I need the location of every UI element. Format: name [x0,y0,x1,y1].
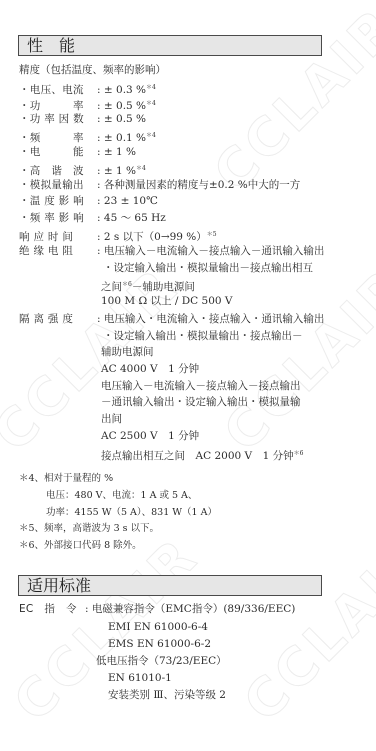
footnote-ref: ＊5 [207,231,217,238]
watermark: CCLAIR [213,256,376,463]
item-label: ・高 谐 波 [19,165,97,178]
accuracy-item-analog-output: ・模拟量输出: 各种测量因素的精度与±0.2 %中大的一方 [19,179,300,192]
item-label: ・模拟量输出 [19,179,97,192]
insulation-line: 100 M Ω 以上 / DC 500 V [101,295,232,308]
dielectric-strength-label: 隔 离 强 度 [19,313,97,326]
standard-line: 安装类别 Ⅲ、污染等级 2 [108,689,226,702]
accuracy-item-energy: ・电 能: ± 1 % [19,146,136,159]
footnote-4: ＊4、相对于量程的 % [19,472,113,485]
accuracy-heading: 精度（包括温度、频率的影响） [19,64,166,77]
accuracy-item-harmonics: ・高 谐 波: ± 1 %＊4 [19,162,146,178]
dielectric-line: 接点输出相互之间 AC 2000 V 1 分钟＊6 [101,447,303,463]
footnote-text: 频率，高谐波为 3 s 以下。 [44,523,159,534]
standard-line: 低电压指令（73/23/EEC） [96,655,227,668]
section-header-standards: 适用标准 [18,575,322,596]
footnote-ref: ＊6 [294,450,304,457]
footnote-mark: ＊6、 [19,540,44,551]
watermark: CCLAIR [203,0,376,204]
item-value: 45 ～ 65 Hz [104,212,166,224]
dielectric-line: 电压输入－电流输入－接点输入－接点输出 [101,380,301,393]
footnote-mark: ＊4、 [19,473,44,484]
dielectric-strength-label-row: 隔 离 强 度: 电压输入・电流输入・接点输入・通讯输入输出 [19,313,324,326]
dielectric-line: －通讯输入输出・设定输入输出・模拟量输 [101,396,301,409]
dielectric-line: AC 2500 V 1 分钟 [101,430,199,443]
footnote-ref: ＊6 [122,281,132,288]
item-value: ± 0.1 % [104,132,146,144]
accuracy-item-frequency: ・频 率: ± 0.1 %＊4 [19,129,156,145]
footnote-text: 外部接口代码 8 除外。 [44,540,142,551]
dielectric-line: 电压输入・电流输入・接点输入・通讯输入输出 [104,313,325,325]
footnote-ref: ＊4 [136,165,146,172]
watermark: CCLAIR [233,526,376,733]
insulation-line: 电压输入－电流输入－接点输入－通讯输入输出 [104,245,325,257]
insulation-resistance-label: 绝 缘 电 阻 [19,245,97,258]
dielectric-text: 接点输出相互之间 AC 2000 V 1 分钟 [101,450,294,462]
item-value: ± 0.3 % [104,84,146,96]
standard-line: EMS EN 61000-6-2 [108,638,211,651]
accuracy-item-frequency-influence: ・频 率 影 响: 45 ～ 65 Hz [19,212,166,225]
ec-directive-row: EC 指 令: 电磁兼容指令（EMC指令）(89/336/EEC) [19,603,295,616]
footnote-6: ＊6、外部接口代码 8 除外。 [19,539,142,552]
standard-line: 电磁兼容指令（EMC指令）(89/336/EEC) [92,603,295,615]
item-value: ± 1 % [104,146,136,158]
footnote-ref: ＊4 [146,132,156,139]
standard-line: EN 61010-1 [108,672,172,685]
footnote-4-detail: 功率：4155 W（5 A）、831 W（1 A） [46,506,217,519]
insulation-line: 之间＊6－辅助电源间 [101,278,195,294]
dielectric-line: 辅助电源间 [101,346,154,359]
footnote-mark: ＊5、 [19,523,44,534]
accuracy-item-temperature: ・温 度 影 响: 23 ± 10℃ [19,195,158,208]
response-time-label: 响 应 时 间 [19,231,97,244]
dielectric-line: ・设定输入输出・模拟量输出・接点输出－ [103,330,303,343]
accuracy-item-power: ・功 率: ± 0.5 %＊4 [19,97,156,113]
item-value: ± 0.5 % [104,113,146,125]
insulation-line: ・设定输入输出・模拟量输出－接点输出相互 [103,262,313,275]
insulation-text: 之间 [101,281,122,293]
item-value: 23 ± 10℃ [104,195,158,207]
standard-line: EMI EN 61000-6-4 [108,621,208,634]
item-label: ・温 度 影 响 [19,195,97,208]
accuracy-item-voltage-current: ・电压、电流: ± 0.3 %＊4 [19,81,156,97]
item-label: ・功 率 [19,100,97,113]
accuracy-item-power-factor: ・功 率 因 数: ± 0.5 % [19,113,146,126]
item-value: ± 1 % [104,165,136,177]
dielectric-line: AC 4000 V 1 分钟 [101,363,199,376]
footnote-text: 相对于量程的 % [44,473,113,484]
dielectric-line: 出间 [101,413,122,426]
insulation-resistance-label-row: 绝 缘 电 阻: 电压输入－电流输入－接点输入－通讯输入输出 [19,245,324,258]
item-label: ・电 能 [19,146,97,159]
response-time-row: 响 应 时 间: 2 s 以下（0→99 %）＊5 [19,228,217,244]
ec-directive-label: EC 指 令 [19,603,85,616]
footnote-4-detail: 电压：480 V、电流：1 A 或 5 A、 [46,489,197,502]
footnote-ref: ＊4 [146,100,156,107]
footnote-ref: ＊4 [146,84,156,91]
insulation-text: －辅助电源间 [132,281,195,293]
item-label: ・频 率 影 响 [19,212,97,225]
item-label: ・电压、电流 [19,84,97,97]
footnote-5: ＊5、频率，高谐波为 3 s 以下。 [19,522,159,535]
item-value: ± 0.5 % [104,100,146,112]
item-label: ・频 率 [19,132,97,145]
item-value: 各种测量因素的精度与±0.2 %中大的一方 [104,179,300,191]
response-time-value: 2 s 以下（0→99 %） [104,231,207,243]
item-label: ・功 率 因 数 [19,113,97,126]
section-header-performance: 性 能 [18,35,322,56]
